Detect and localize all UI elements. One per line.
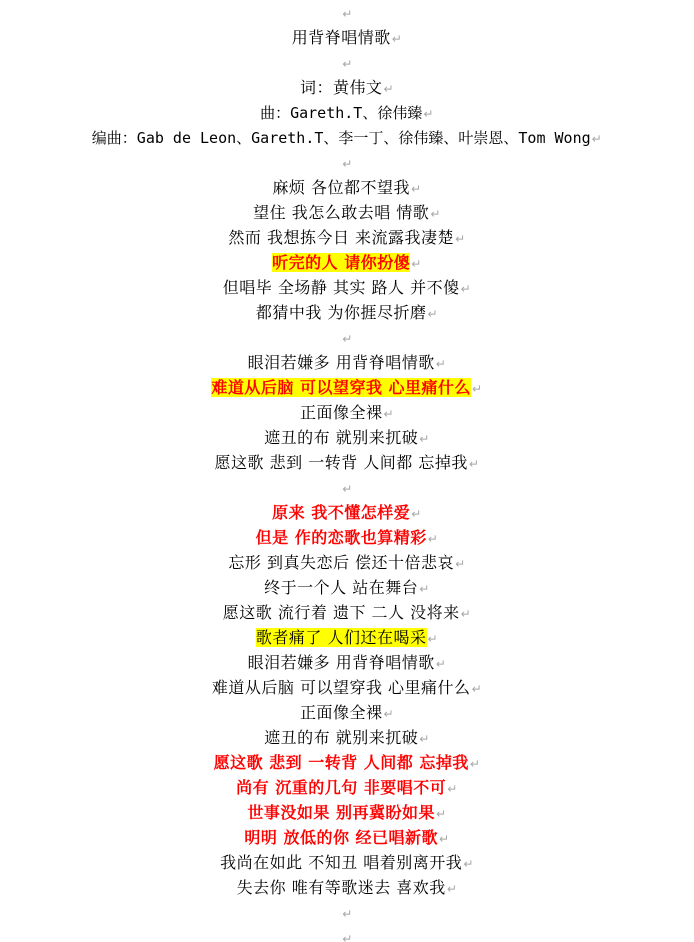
paragraph-mark-icon: ↵ xyxy=(439,832,450,846)
paragraph-mark-icon: ↵ xyxy=(461,282,472,296)
paragraph-mark-icon: ↵ xyxy=(455,232,466,246)
paragraph-mark-icon: ↵ xyxy=(428,532,439,546)
lyric-line-red: 原来 我不懂怎样爱↵ xyxy=(0,500,694,525)
lyric-line: 愿这歌 流行着 遗下 二人 没将来↵ xyxy=(0,600,694,625)
paragraph-mark-icon: ↵ xyxy=(383,407,394,421)
paragraph-mark-icon: ↵ xyxy=(419,582,430,596)
document-page: ↵ 用背脊唱情歌↵ ↵ 词：黄伟文↵ 曲：Gareth.T、徐伟臻↵ 编曲：Ga… xyxy=(0,0,694,942)
empty-paragraph: ↵ xyxy=(0,925,694,942)
paragraph-mark-icon: ↵ xyxy=(472,682,483,696)
paragraph-mark-icon: ↵ xyxy=(430,207,441,221)
paragraph-mark-icon: ↵ xyxy=(411,507,422,521)
lyric-line: 麻烦 各位都不望我↵ xyxy=(0,175,694,200)
paragraph-mark-icon: ↵ xyxy=(411,182,422,196)
lyric-line-red: 但是 作的恋歌也算精彩↵ xyxy=(0,525,694,550)
paragraph-mark-icon: ↵ xyxy=(463,857,474,871)
paragraph-mark-icon: ↵ xyxy=(428,632,439,646)
lyric-line: 我尚在如此 不知丑 唱着别离开我↵ xyxy=(0,850,694,875)
paragraph-mark-icon: ↵ xyxy=(455,557,466,571)
empty-paragraph: ↵ xyxy=(0,50,694,75)
lyric-line-red: 世事没如果 别再冀盼如果↵ xyxy=(0,800,694,825)
paragraph-mark-icon: ↵ xyxy=(392,32,403,46)
paragraph-mark-icon: ↵ xyxy=(419,432,430,446)
paragraph-mark-icon: ↵ xyxy=(342,57,353,71)
lyric-line: 正面像全裸↵ xyxy=(0,400,694,425)
lyric-line-highlighted: 难道从后脑 可以望穿我 心里痛什么↵ xyxy=(0,375,694,400)
paragraph-mark-icon: ↵ xyxy=(436,807,447,821)
paragraph-mark-icon: ↵ xyxy=(383,82,394,96)
lyric-line: 但唱毕 全场静 其实 路人 并不傻↵ xyxy=(0,275,694,300)
lyric-line: 都猜中我 为你捱尽折磨↵ xyxy=(0,300,694,325)
composer-credit: 曲：Gareth.T、徐伟臻↵ xyxy=(0,100,694,125)
empty-paragraph: ↵ xyxy=(0,475,694,500)
empty-paragraph: ↵ xyxy=(0,900,694,925)
paragraph-mark-icon: ↵ xyxy=(419,732,430,746)
paragraph-mark-icon: ↵ xyxy=(342,907,353,921)
paragraph-mark-icon: ↵ xyxy=(342,332,353,346)
song-title-text: 用背脊唱情歌 xyxy=(292,28,391,47)
lyric-line-red: 明明 放低的你 经已唱新歌↵ xyxy=(0,825,694,850)
lyric-line: 眼泪若嫌多 用背脊唱情歌↵ xyxy=(0,650,694,675)
lyric-line: 望住 我怎么敢去唱 情歌↵ xyxy=(0,200,694,225)
paragraph-mark-icon: ↵ xyxy=(470,757,481,771)
paragraph-mark-icon: ↵ xyxy=(411,257,422,271)
arranger-credit: 编曲：Gab de Leon、Gareth.T、李一丁、徐伟臻、叶崇恩、Tom … xyxy=(0,125,694,150)
paragraph-mark-icon: ↵ xyxy=(342,482,353,496)
lyric-line-highlighted: 听完的人 请你扮傻↵ xyxy=(0,250,694,275)
paragraph-mark-icon: ↵ xyxy=(592,132,603,146)
empty-paragraph: ↵ xyxy=(0,325,694,350)
lyric-line: 愿这歌 悲到 一转背 人间都 忘掉我↵ xyxy=(0,450,694,475)
paragraph-mark-icon: ↵ xyxy=(383,707,394,721)
paragraph-mark-icon: ↵ xyxy=(342,932,353,942)
lyric-line-highlighted: 歌者痛了 人们还在喝采↵ xyxy=(0,625,694,650)
lyric-line-red: 尚有 沉重的几句 非要唱不可↵ xyxy=(0,775,694,800)
lyricist-credit: 词：黄伟文↵ xyxy=(0,75,694,100)
paragraph-mark-icon: ↵ xyxy=(436,657,447,671)
lyric-line: 正面像全裸↵ xyxy=(0,700,694,725)
empty-paragraph: ↵ xyxy=(0,150,694,175)
paragraph-mark-icon: ↵ xyxy=(428,307,439,321)
lyric-line: 失去你 唯有等歌迷去 喜欢我↵ xyxy=(0,875,694,900)
paragraph-mark-icon: ↵ xyxy=(342,7,353,21)
paragraph-mark-icon: ↵ xyxy=(342,157,353,171)
lyric-line-red: 愿这歌 悲到 一转背 人间都 忘掉我↵ xyxy=(0,750,694,775)
paragraph-mark-icon: ↵ xyxy=(423,107,434,121)
lyric-line: 遮丑的布 就别来扤破↵ xyxy=(0,425,694,450)
lyric-line: 遮丑的布 就别来扤破↵ xyxy=(0,725,694,750)
paragraph-mark-icon: ↵ xyxy=(461,607,472,621)
paragraph-mark-icon: ↵ xyxy=(436,357,447,371)
lyric-line: 眼泪若嫌多 用背脊唱情歌↵ xyxy=(0,350,694,375)
lyric-line: 终于一个人 站在舞台↵ xyxy=(0,575,694,600)
lyric-line: 难道从后脑 可以望穿我 心里痛什么↵ xyxy=(0,675,694,700)
lyric-line: 然而 我想拣今日 来流露我凄楚↵ xyxy=(0,225,694,250)
empty-paragraph: ↵ xyxy=(0,0,694,25)
paragraph-mark-icon: ↵ xyxy=(469,457,480,471)
paragraph-mark-icon: ↵ xyxy=(447,782,458,796)
song-title: 用背脊唱情歌↵ xyxy=(0,25,694,50)
paragraph-mark-icon: ↵ xyxy=(447,882,458,896)
paragraph-mark-icon: ↵ xyxy=(472,382,483,396)
lyric-line: 忘形 到真失恋后 偿还十倍悲哀↵ xyxy=(0,550,694,575)
